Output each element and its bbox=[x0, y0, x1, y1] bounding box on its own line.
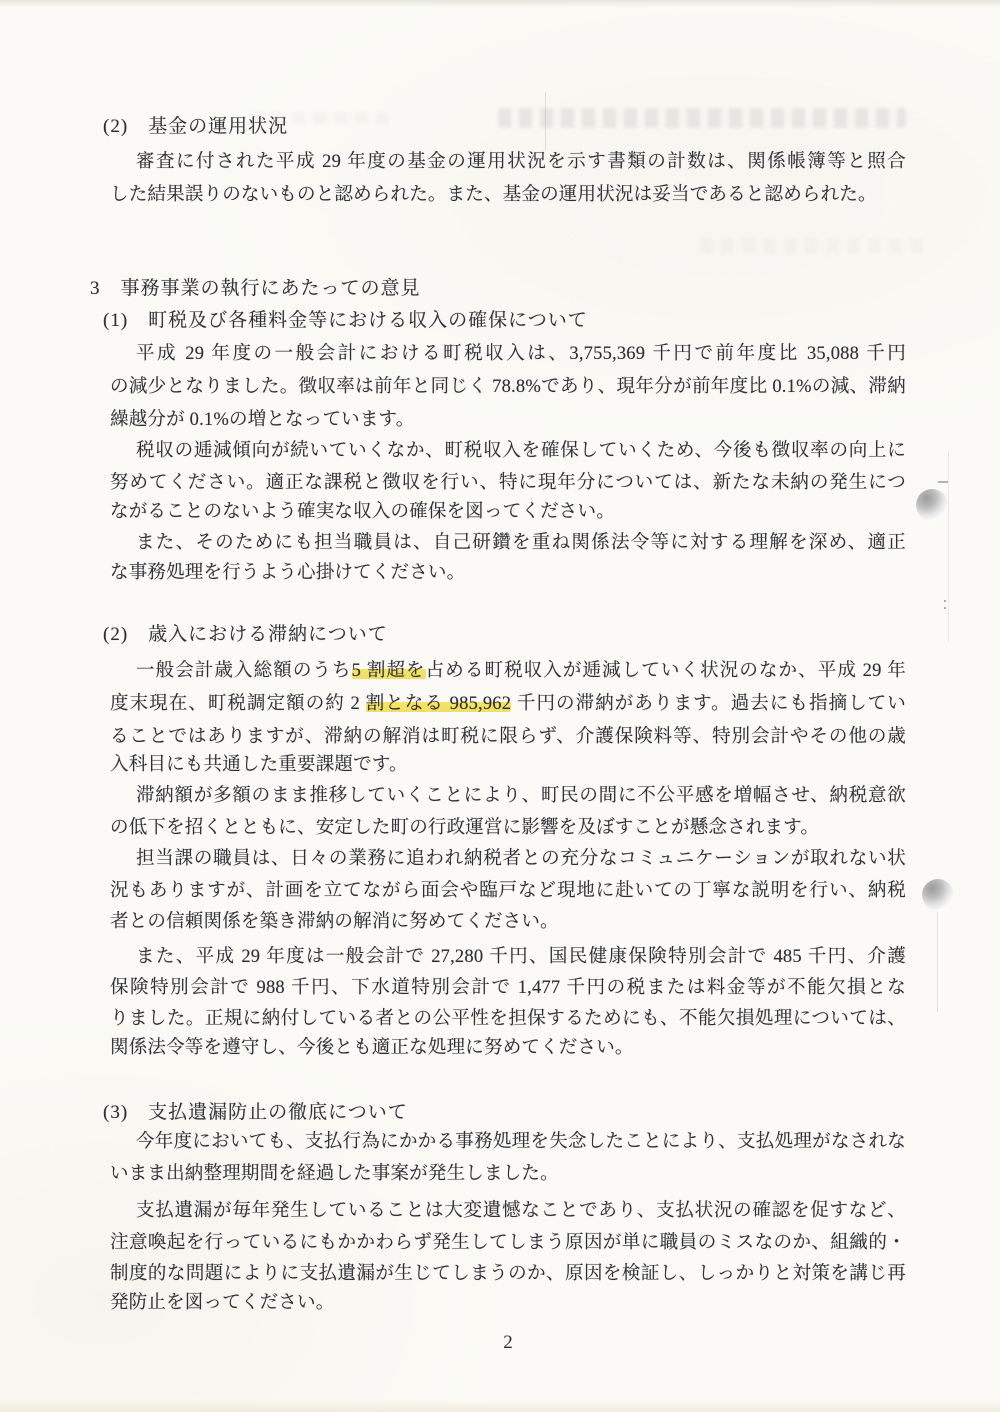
text-line: 発防止を図ってください。 bbox=[110, 1287, 906, 1320]
text-segment: 千円の滞納があります。過去にも指摘してい bbox=[511, 694, 906, 714]
text-line: 支払遺漏が毎年発生していることは大変遺憾なことであり、支払状況の確認を促すなど、 bbox=[110, 1195, 906, 1228]
scan-edge-bottom bbox=[0, 1400, 1000, 1412]
text-line: の減少となりました。徴収率は前年と同じく 78.8%であり、現年分が前年度比 0… bbox=[110, 371, 906, 404]
text-line: 者との信頼関係を築き滞納の解消に努めてください。 bbox=[110, 906, 906, 939]
highlight-mark: 5 割超を bbox=[352, 661, 426, 681]
text-line: 注意喚起を行っているにもかかわらず発生してしまう原因が単に職員のミスなのか、組織… bbox=[110, 1227, 906, 1260]
text-line: な事務処理を行うよう心掛けてください。 bbox=[110, 557, 906, 590]
text-line: 審査に付された平成 29 年度の基金の運用状況を示す書類の計数は、関係帳簿等と照… bbox=[110, 146, 906, 179]
section-heading-opinions: 3 事務事業の執行にあたっての意見 bbox=[90, 272, 886, 305]
text-segment: 占める町税収入が逓減していく状況のなか、平成 29 年 bbox=[426, 661, 906, 681]
text-line: 担当課の職員は、日々の業務に追われ納税者との充分なコミュニケーションが取れない状 bbox=[110, 843, 906, 876]
crease-line bbox=[937, 912, 938, 1012]
text-line: いまま出納整理期間を経過した事案が発生しました。 bbox=[110, 1158, 906, 1191]
punch-hole bbox=[916, 489, 948, 521]
text-line: ながることのないよう確実な収入の確保を図ってください。 bbox=[110, 496, 906, 529]
item-heading-3: (3) 支払遺漏防止の徹底について bbox=[103, 1096, 899, 1129]
bleed-through-text bbox=[700, 238, 930, 254]
text-line: 況もありますが、計画を立てながら面会や臨戸など現地に赴いての丁寧な説明を行い、納… bbox=[110, 875, 906, 908]
text-line: の低下を招くとともに、安定した町の行政運営に影響を及ぼすことが懸念されます。 bbox=[110, 812, 906, 845]
punch-hole bbox=[922, 879, 954, 911]
text-line: また、平成 29 年度は一般会計で 27,280 千円、国民健康保険特別会計で … bbox=[110, 941, 906, 974]
stray-mark bbox=[938, 481, 948, 483]
text-line: 一般会計歳入総額のうち5 割超を占める町税収入が逓減していく状況のなか、平成 2… bbox=[110, 655, 906, 688]
text-line: 今年度においても、支払行為にかかる事務処理を失念したことにより、支払処理がなされ… bbox=[110, 1126, 906, 1159]
stray-mark bbox=[944, 600, 946, 602]
scan-edge-top bbox=[0, 0, 1000, 7]
text-line: 度末現在、町税調定額の約 2 割となる 985,962 千円の滞納があります。過… bbox=[110, 688, 906, 721]
text-line: 税収の逓減傾向が続いていくなか、町税収入を確保していくため、今後も徴収率の向上に bbox=[110, 435, 906, 468]
crease-line bbox=[948, 452, 949, 642]
text-line: 平成 29 年度の一般会計における町税収入は、3,755,369 千円で前年度比… bbox=[110, 338, 906, 371]
text-segment: 度末現在、町税調定額の約 2 bbox=[110, 694, 366, 714]
text-line: 保険特別会計で 988 千円、下水道特別会計で 1,477 千円の税または料金等… bbox=[110, 972, 906, 1005]
item-heading-1: (1) 町税及び各種料金等における収入の確保について bbox=[103, 304, 899, 337]
highlight-mark: 割となる 985,962 bbox=[366, 694, 512, 714]
section-heading-fund: (2) 基金の運用状況 bbox=[103, 110, 899, 143]
page-number: 2 bbox=[110, 1326, 906, 1359]
text-line: 繰越分が 0.1%の増となっています。 bbox=[110, 404, 906, 437]
text-segment: 一般会計歳入総額のうち bbox=[136, 661, 352, 681]
text-line: 関係法令等を遵守し、今後とも適正な処理に努めてください。 bbox=[110, 1032, 906, 1065]
item-heading-2: (2) 歳入における滞納について bbox=[103, 618, 899, 651]
text-line: また、そのためにも担当職員は、自己研鑽を重ね関係法令等に対する理解を深め、適正 bbox=[110, 527, 906, 560]
text-line: 入科目にも共通した重要課題です。 bbox=[110, 749, 906, 782]
text-line: 滞納額が多額のまま推移していくことにより、町民の間に不公平感を増幅させ、納税意欲 bbox=[110, 780, 906, 813]
text-line: した結果誤りのないものと認められた。また、基金の運用状況は妥当であると認められた… bbox=[110, 179, 906, 212]
